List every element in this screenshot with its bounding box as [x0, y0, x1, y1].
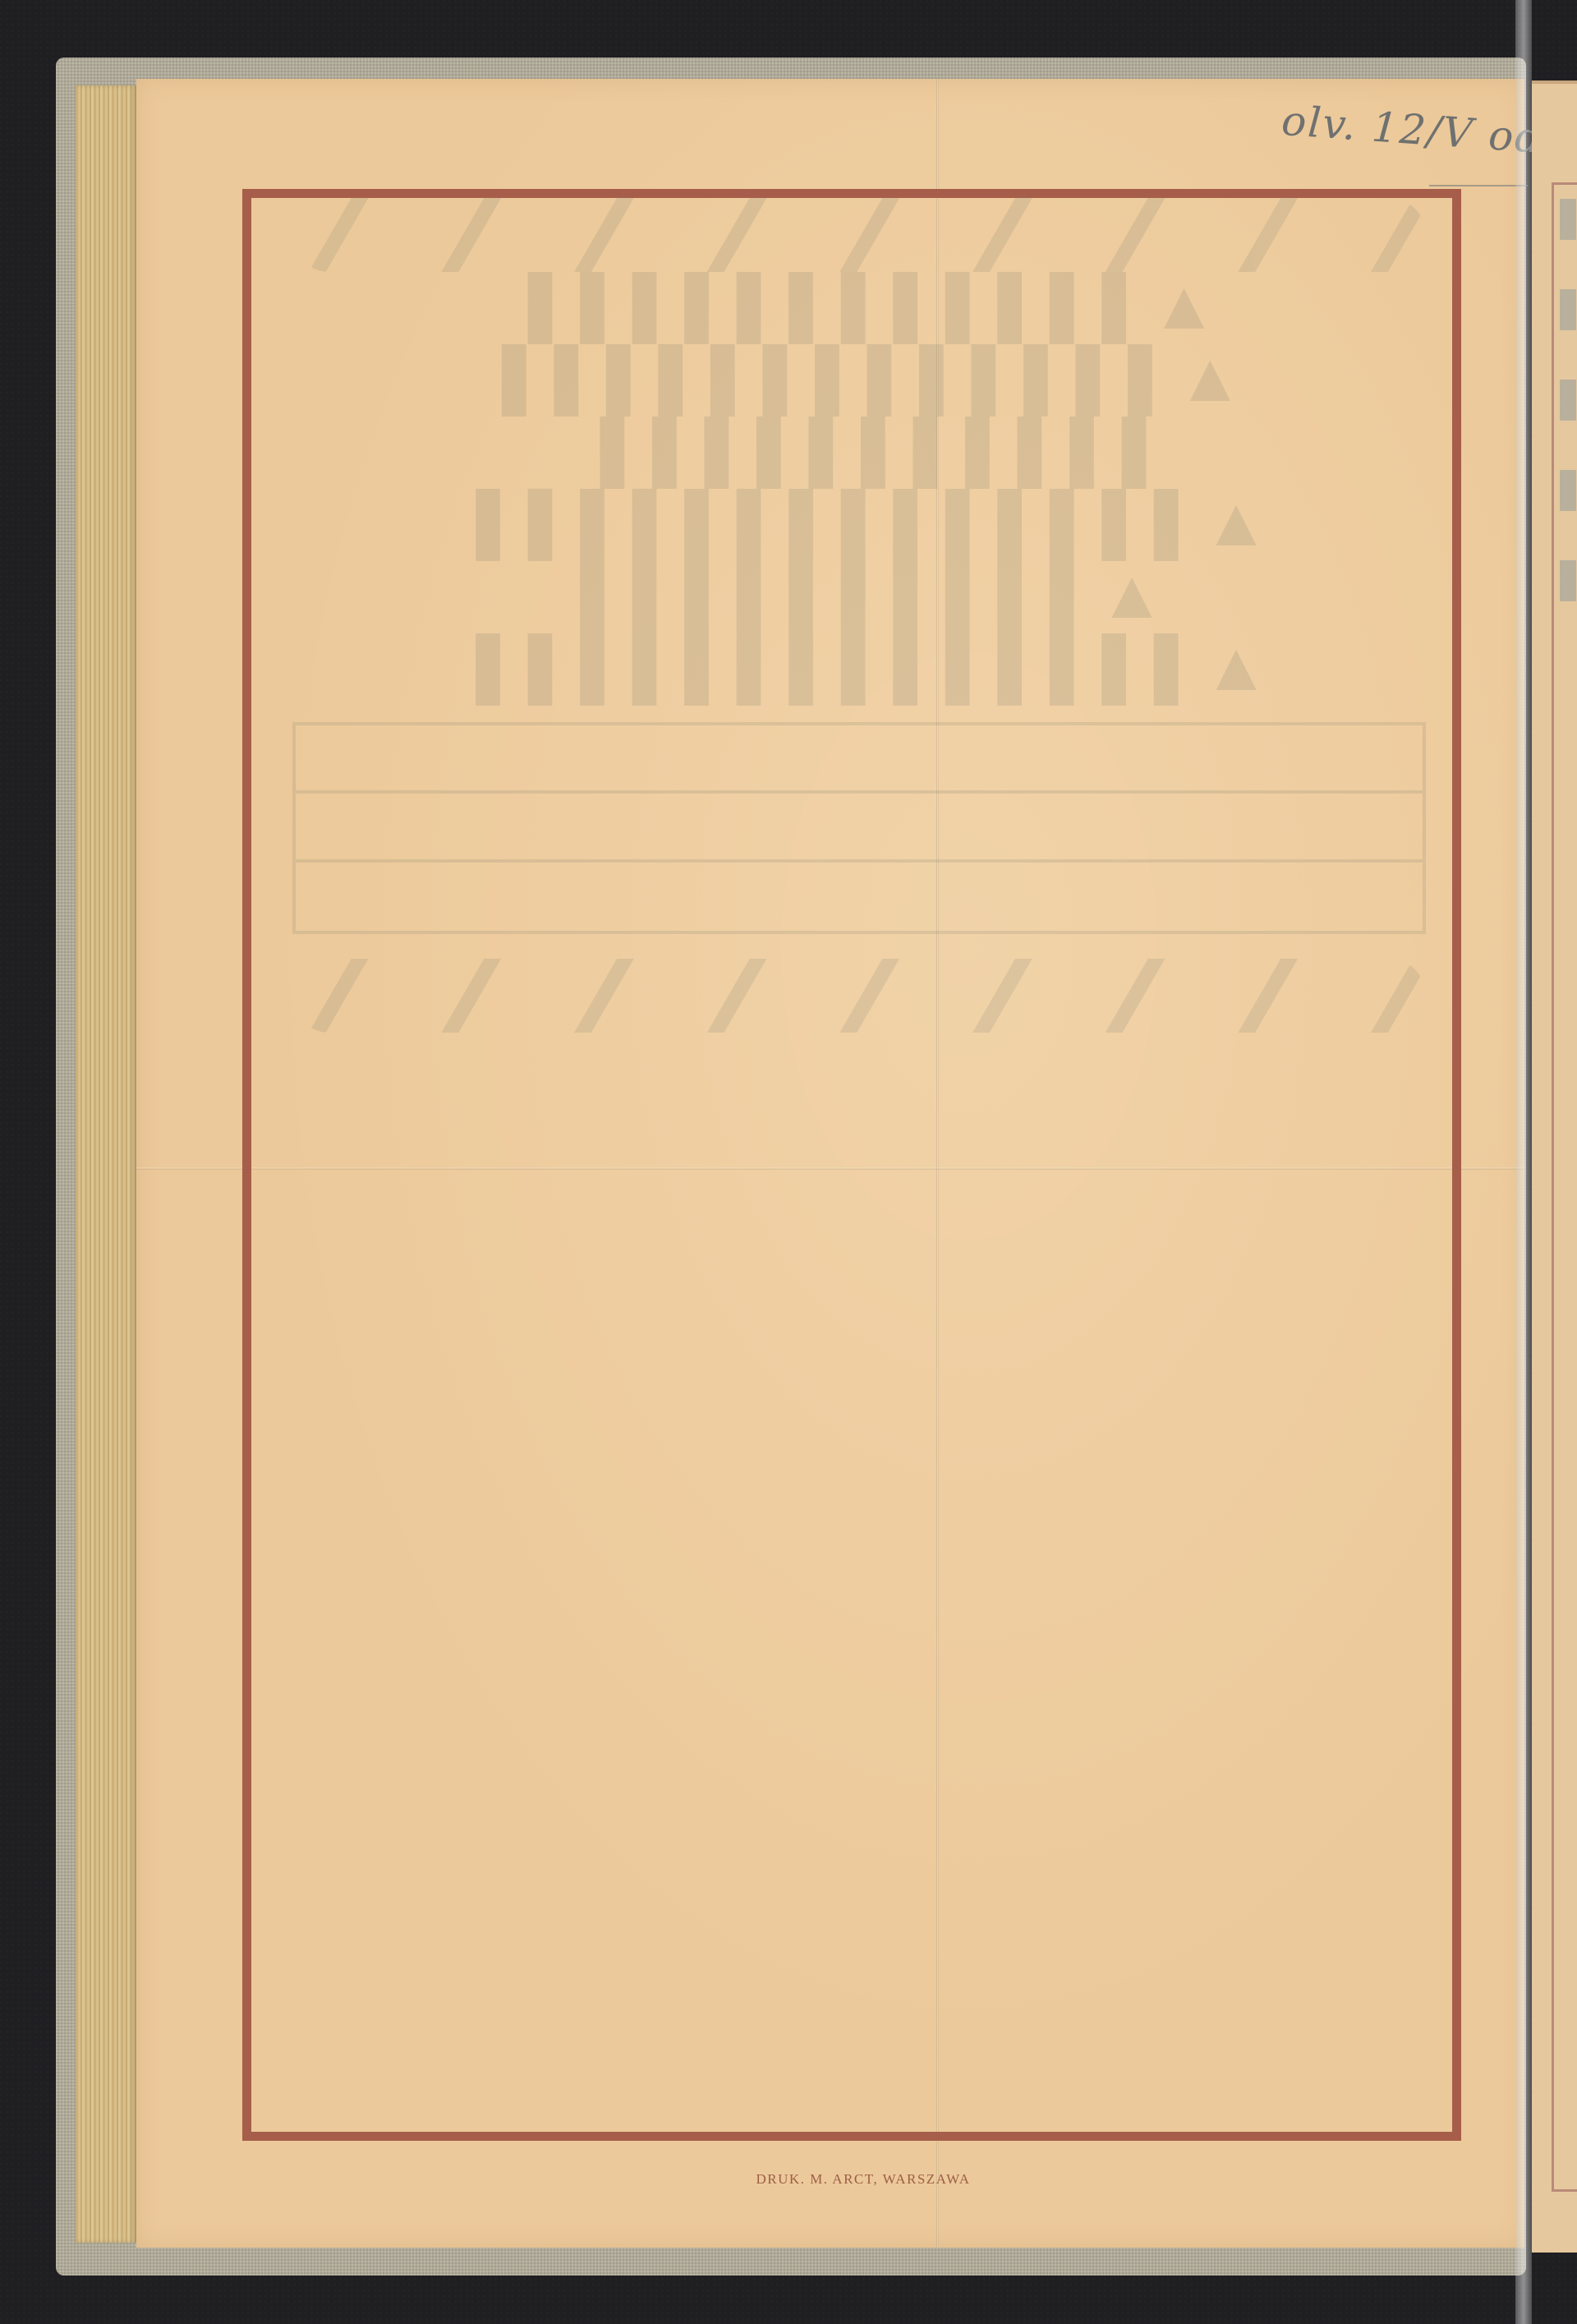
scan-scene: ▲ ▌▌▌▌▌▌▌▌▌▌▌▌ ▲ ▌▌▌▌▌▌▌▌▌▌▌▌▌ ▌▌▌▌▌▌▌▌▌…	[0, 0, 1577, 2324]
adjacent-page-ornament-icon	[1560, 199, 1576, 610]
page-edge-stack	[76, 85, 136, 2243]
imprint-container: DRUK. M. ARCT, WARSZAWA	[136, 0, 1524, 2324]
mylar-sleeve-edge	[1515, 0, 1532, 2324]
printer-imprint: DRUK. M. ARCT, WARSZAWA	[136, 2171, 1524, 2188]
adjacent-page-sliver	[1532, 81, 1577, 2253]
